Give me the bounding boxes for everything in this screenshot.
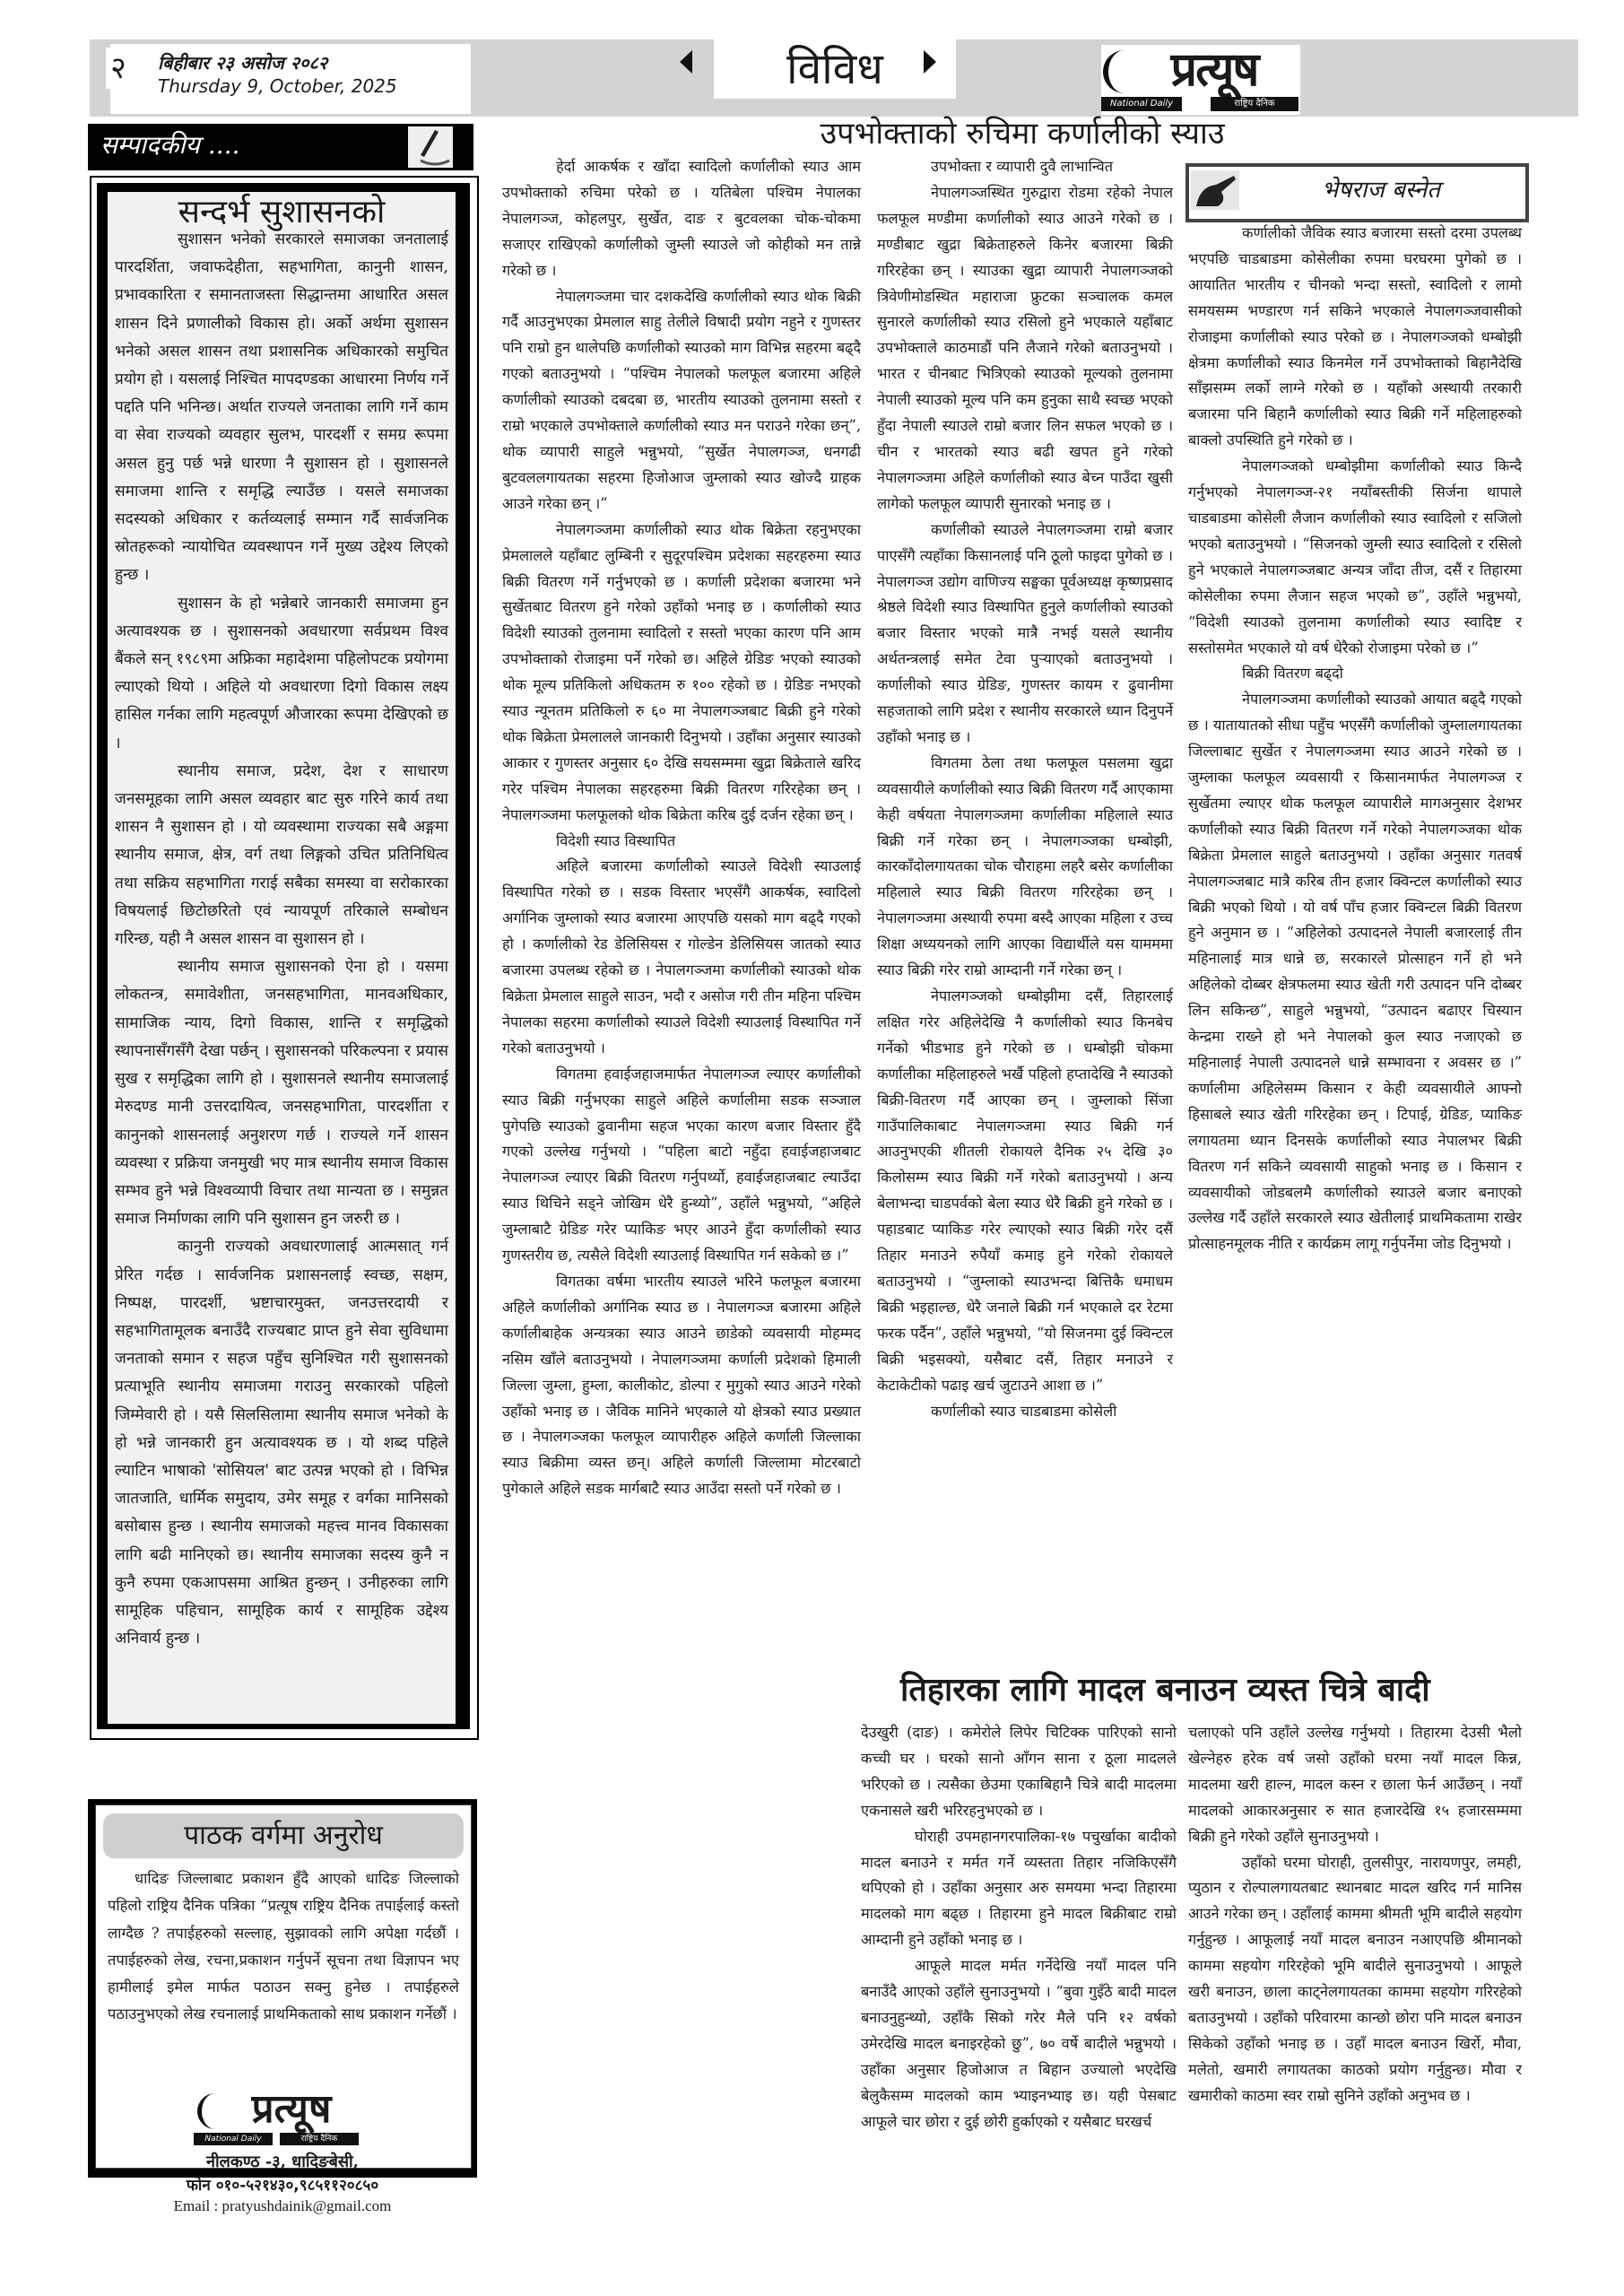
reader-request-title: पाठक वर्गमा अनुरोध xyxy=(103,1813,464,1858)
article-paragraph: नेपालगञ्जस्थित गुरुद्वारा रोडमा रहेको ने… xyxy=(877,180,1173,517)
editorial-paragraph: स्थानीय समाज सुशासनको ऐना हो । यसमा लोकत… xyxy=(115,953,448,1233)
date-english: Thursday 9, October, 2025 xyxy=(158,75,397,97)
article-paragraph: विगतका वर्षमा भारतीय स्याउले भरिने फलफूल… xyxy=(502,1269,861,1502)
article-paragraph: आफूले मादल मर्मत गर्नेदेखि नयाँ मादल पनि… xyxy=(861,1953,1177,2135)
article-paragraph: कर्णालीको जैविक स्याउ बजारमा सस्तो दरमा … xyxy=(1188,221,1522,454)
logo-title: प्रत्यूष xyxy=(1128,45,1300,95)
reader-logo-sub-english: National Daily xyxy=(194,2133,273,2145)
section-title: विविध xyxy=(714,39,956,99)
contact-phone: फोन ०१०-५२१४३०,९८५११२०८५० xyxy=(95,2174,470,2195)
prev-section-arrow-icon[interactable] xyxy=(680,50,692,74)
editorial-paragraph: सुशासन भनेको सरकारले समाजका जनतालाई पारद… xyxy=(115,226,448,590)
contact-address: नीलकण्ठ -३, धादिङबेसी, xyxy=(95,2151,470,2172)
article1-column-3: कर्णालीको जैविक स्याउ बजारमा सस्तो दरमा … xyxy=(1188,221,1522,1257)
date-nepali: बिहीबार २३ असोज २०८२ xyxy=(158,50,327,74)
editorial-paragraph: स्थानीय समाज, प्रदेश, देश र साधारण जनसमू… xyxy=(115,758,448,953)
article-paragraph: नेपालगञ्जमा कर्णालीको स्याउको आयात बढ्दै… xyxy=(1188,687,1522,1257)
page-number: २ xyxy=(106,48,131,89)
newspaper-logo: प्रत्यूष National Daily राष्ट्रिय दैनिक xyxy=(1101,45,1300,115)
reader-logo-title: प्रत्यूष xyxy=(224,2088,359,2131)
article-paragraph: कर्णालीको स्याउले नेपालगञ्जमा राम्रो बजा… xyxy=(877,517,1173,751)
article-paragraph: उहाँको घरमा घोराही, तुलसीपुर, नारायणपुर,… xyxy=(1188,1850,1522,2109)
logo-subtitle-nepali: राष्ट्रिय दैनिक xyxy=(1211,97,1298,111)
article2-column-2: चलाएको पनि उहाँले उल्लेख गर्नुभयो । तिहा… xyxy=(1188,1720,1522,2109)
author-byline: भेषराज बस्नेत xyxy=(1246,170,1515,210)
reader-request-text: धादिङ जिल्लाबाट प्रकाशन हुँदै आएको धादिङ… xyxy=(108,1865,459,2029)
article-paragraph: चलाएको पनि उहाँले उल्लेख गर्नुभयो । तिहा… xyxy=(1188,1720,1522,1850)
logo-subtitle-english: National Daily xyxy=(1101,97,1182,111)
article1-column-1: हेर्दा आकर्षक र खाँदा स्वादिलो कर्णालीको… xyxy=(502,154,861,1502)
reader-request-logo: प्रत्यूष National Daily राष्ट्रिय दैनिक xyxy=(194,2088,364,2142)
article-subheading: उपभोक्ता र व्यापारी दुवै लाभान्वित xyxy=(877,154,1173,180)
article2-column-1: देउखुरी (दाङ) । कमेरोले लिपेर चिटिक्क पा… xyxy=(861,1720,1177,2135)
article1-headline: उपभोक्ताको रुचिमा कर्णालीको स्याउ xyxy=(789,111,1255,152)
editorial-paragraph: सुशासन के हो भन्नेबारे जानकारी समाजमा हु… xyxy=(115,590,448,758)
article-paragraph: घोराही उपमहानगरपालिका-१७ पचुर्खाका बादीक… xyxy=(861,1824,1177,1954)
article2-headline: तिहारका लागि मादल बनाउन व्यस्त चित्रे बा… xyxy=(861,1666,1618,1710)
writing-hand-icon xyxy=(1191,170,1239,210)
pen-icon xyxy=(408,126,453,168)
article-paragraph: नेपालगञ्जमा कर्णालीको स्याउ थोक बिक्रेता… xyxy=(502,517,861,829)
reader-logo-swoosh-icon xyxy=(197,2093,221,2129)
article-paragraph: हेर्दा आकर्षक र खाँदा स्वादिलो कर्णालीको… xyxy=(502,154,861,284)
next-section-arrow-icon[interactable] xyxy=(924,50,936,74)
contact-email[interactable]: Email : pratyushdainik@gmail.com xyxy=(95,2197,470,2215)
article-subheading: बिक्री वितरण बढ्दो xyxy=(1188,661,1522,687)
article-paragraph: विगतमा हवाईजहाजमार्फत नेपालगञ्ज ल्याएर क… xyxy=(502,1062,861,1269)
article-paragraph: अहिले बजारमा कर्णालीको स्याउले विदेशी स्… xyxy=(502,854,861,1061)
article-paragraph: देउखुरी (दाङ) । कमेरोले लिपेर चिटिक्क पा… xyxy=(861,1720,1177,1824)
article-subheading: कर्णालीको स्याउ चाडबाडमा कोसेली xyxy=(877,1399,1173,1425)
article-paragraph: विगतमा ठेला तथा फलफूल पसलमा खुद्रा व्यवस… xyxy=(877,751,1173,984)
reader-request-body: धादिङ जिल्लाबाट प्रकाशन हुँदै आएको धादिङ… xyxy=(108,1865,459,2029)
article-paragraph: नेपालगञ्जमा चार दशकदेखि कर्णालीको स्याउ … xyxy=(502,284,861,517)
article-paragraph: नेपालगञ्जको धम्बोझीमा कर्णालीको स्याउ कि… xyxy=(1188,454,1522,661)
article-subheading: विदेशी स्याउ विस्थापित xyxy=(502,829,861,855)
reader-logo-sub-nepali: राष्ट्रिय दैनिक xyxy=(280,2133,359,2145)
editorial-label: सम्पादकीय .... xyxy=(100,127,239,161)
article1-column-2: उपभोक्ता र व्यापारी दुवै लाभान्वित नेपाल… xyxy=(877,154,1173,1424)
editorial-paragraph: कानुनी राज्यको अवधारणालाई आत्मसात् गर्न … xyxy=(115,1233,448,1653)
editorial-body: सुशासन भनेको सरकारले समाजका जनतालाई पारद… xyxy=(115,226,448,1653)
article-paragraph: नेपालगञ्जको धम्बोझीमा दसैं, तिहारलाई लक्… xyxy=(877,984,1173,1399)
